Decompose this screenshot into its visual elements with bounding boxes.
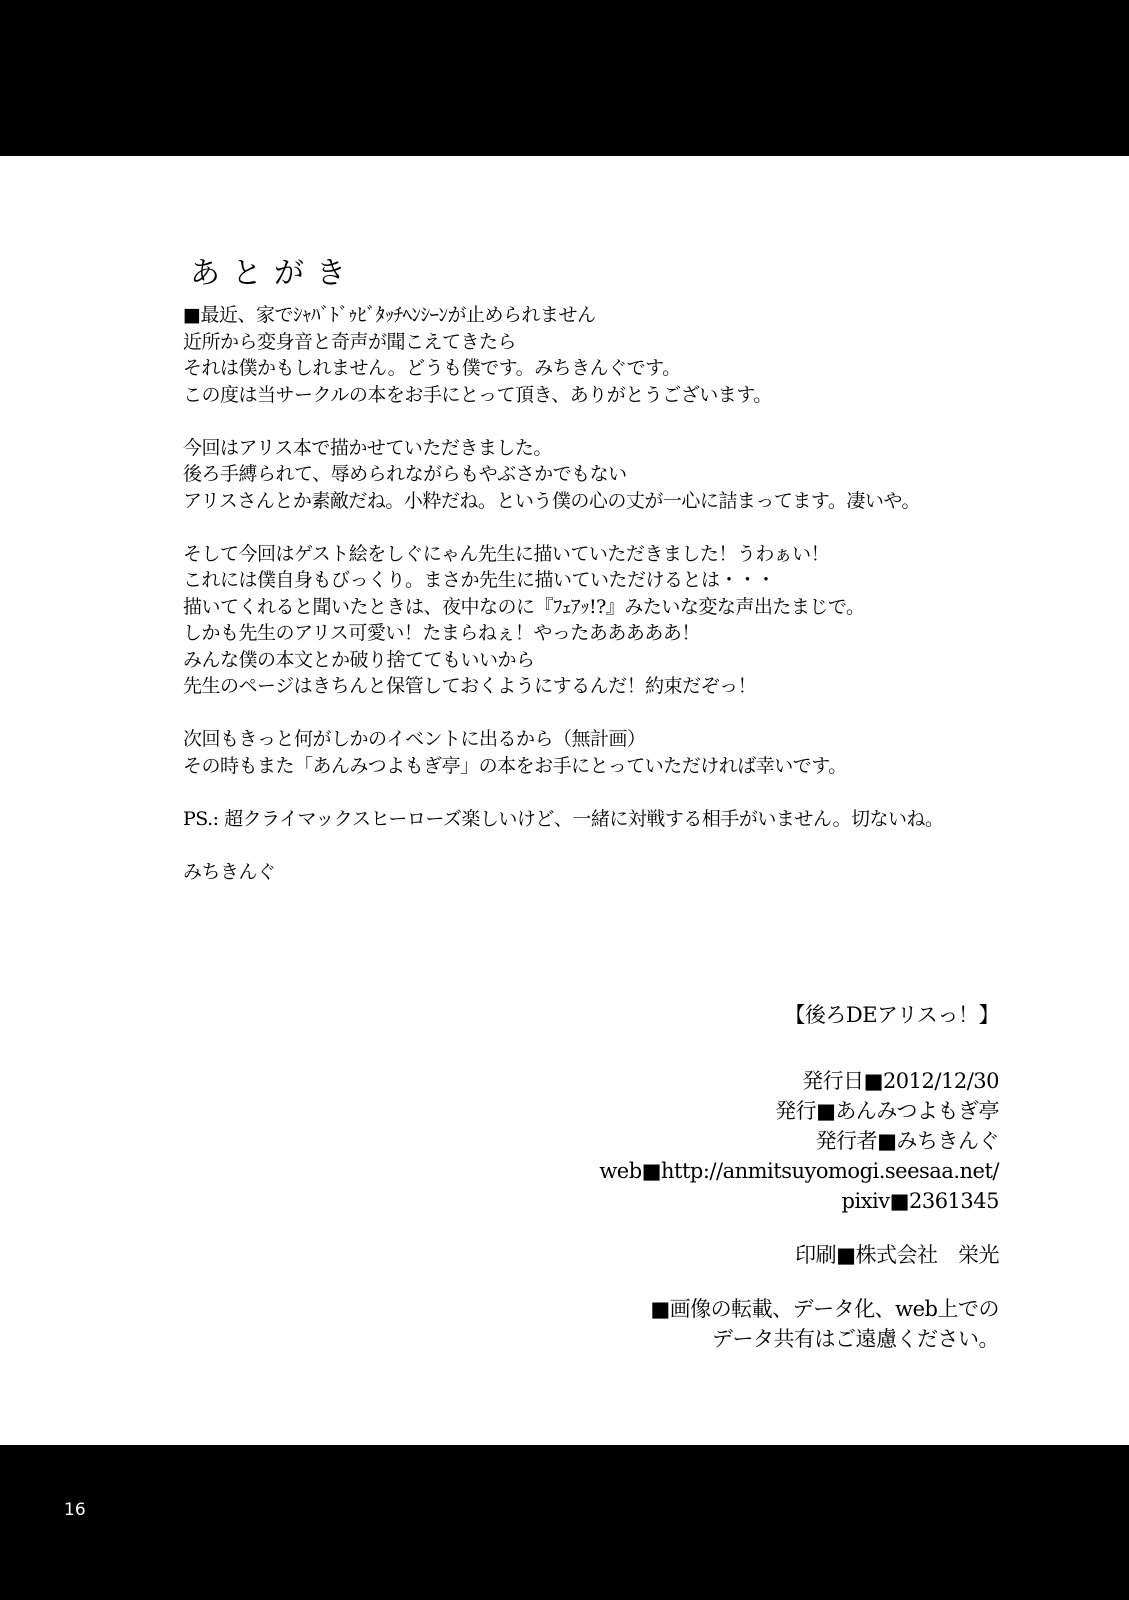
author: 発行者■みちきんぐ <box>499 1126 999 1156</box>
paragraph-intro: ■最近、家でｼｬﾊﾞﾄﾞｩﾋﾞﾀｯﾁﾍﾝｼｰﾝが止められません 近所から変身音と… <box>183 302 1043 408</box>
author-signature: みちきんぐ <box>183 859 1043 886</box>
text-line: そして今回はゲスト絵をしぐにゃん先生に描いていただきました！うわぁい！ <box>183 541 1043 568</box>
page-number: 16 <box>64 1500 86 1520</box>
paragraph-theme: 今回はアリス本で描かせていただきました。 後ろ手縛られて、辱められながらもやぶさ… <box>183 435 1043 515</box>
issue-date: 発行日■2012/12/30 <box>499 1066 999 1096</box>
notice-line: データ共有はご遠慮ください。 <box>499 1324 999 1354</box>
text-line: それは僕かもしれません。どうも僕です。みちきんぐです。 <box>183 355 1043 382</box>
text-line: 描いてくれると聞いたときは、夜中なのに『ﾌｪｱｯ!?』みたいな変な声出たまじで。 <box>183 594 1043 621</box>
text-line: 後ろ手縛られて、辱められながらもやぶさかでもない <box>183 461 1043 488</box>
text-line: この度は当サークルの本をお手にとって頂き、ありがとうございます。 <box>183 382 1043 409</box>
text-line: 次回もきっと何がしかのイベントに出るから（無計画） <box>183 726 1043 753</box>
reproduction-notice: ■画像の転載、データ化、web上での データ共有はご遠慮ください。 <box>499 1294 999 1354</box>
text-line: 今回はアリス本で描かせていただきました。 <box>183 435 1043 462</box>
notice-line: ■画像の転載、データ化、web上での <box>499 1294 999 1324</box>
text-line: アリスさんとか素敵だね。小粋だね。という僕の心の丈が一心に詰まってます。凄いや。 <box>183 488 1043 515</box>
paragraph-ps: PS.: 超クライマックスヒーローズ楽しいけど、一緒に対戦する相手がいません。切… <box>183 806 1043 833</box>
web-url: web■http://anmitsuyomogi.seesaa.net/ <box>499 1156 999 1186</box>
paragraph-guest: そして今回はゲスト絵をしぐにゃん先生に描いていただきました！うわぁい！ これには… <box>183 541 1043 700</box>
text-line: みんな僕の本文とか破り捨ててもいいから <box>183 647 1043 674</box>
book-title: 【後ろDEアリスっ！】 <box>499 1000 999 1030</box>
publication-info: 発行日■2012/12/30 発行■あんみつよもぎ亭 発行者■みちきんぐ web… <box>499 1066 999 1216</box>
text-line: その時もまた「あんみつよもぎ亭」の本をお手にとっていただければ幸いです。 <box>183 753 1043 780</box>
bottom-black-band <box>0 1445 1129 1600</box>
text-line: 先生のページはきちんと保管しておくようにするんだ！約束だぞっ！ <box>183 673 1043 700</box>
page-title: あとがき <box>190 248 358 292</box>
text-line: しかも先生のアリス可愛い！たまらねぇ！やったあああああ！ <box>183 620 1043 647</box>
pixiv-id: pixiv■2361345 <box>499 1186 999 1216</box>
publisher: 発行■あんみつよもぎ亭 <box>499 1096 999 1126</box>
top-black-band <box>0 0 1129 156</box>
text-line: ■最近、家でｼｬﾊﾞﾄﾞｩﾋﾞﾀｯﾁﾍﾝｼｰﾝが止められません <box>183 302 1043 329</box>
text-line: これには僕自身もびっくり。まさか先生に描いていただけるとは・・・ <box>183 567 1043 594</box>
text-line: PS.: 超クライマックスヒーローズ楽しいけど、一緒に対戦する相手がいません。切… <box>183 806 1043 833</box>
afterword-body: ■最近、家でｼｬﾊﾞﾄﾞｩﾋﾞﾀｯﾁﾍﾝｼｰﾝが止められません 近所から変身音と… <box>183 302 1043 912</box>
printer-info: 印刷■株式会社 栄光 <box>499 1240 999 1270</box>
text-line: 近所から変身音と奇声が聞こえてきたら <box>183 329 1043 356</box>
paragraph-signature: みちきんぐ <box>183 859 1043 886</box>
colophon: 【後ろDEアリスっ！】 発行日■2012/12/30 発行■あんみつよもぎ亭 発… <box>499 1000 999 1354</box>
printer: 印刷■株式会社 栄光 <box>499 1240 999 1270</box>
paragraph-next-event: 次回もきっと何がしかのイベントに出るから（無計画） その時もまた「あんみつよもぎ… <box>183 726 1043 779</box>
